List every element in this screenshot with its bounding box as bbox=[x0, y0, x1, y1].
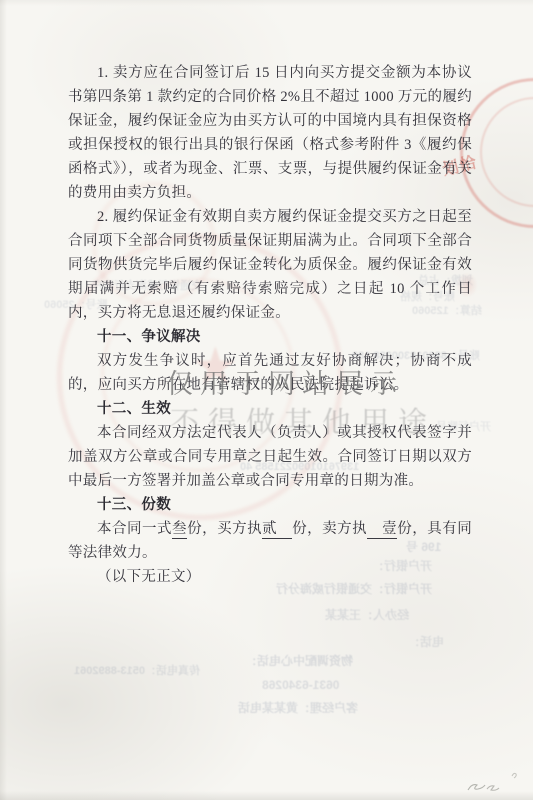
underlined-blank: 叁 bbox=[172, 521, 187, 539]
underlined-blank: 壹 bbox=[367, 521, 397, 539]
section-heading: 十三、份数 bbox=[68, 493, 472, 517]
underlined-blank: 贰 bbox=[262, 521, 292, 539]
contract-paragraph: 双方发生争议时，应首先通过友好协商解决；协商不成的，应向买方所在地有管辖权的人民… bbox=[68, 349, 472, 397]
bleed-through-text: 经办人：王某某 bbox=[325, 606, 409, 623]
bleed-through-text: 电话： bbox=[408, 633, 444, 650]
contract-paragraph: 1. 卖方应在合同签订后 15 日内向买方提交金额为本协议书第四条第 1 款约定… bbox=[68, 61, 472, 205]
contract-paragraph: 本合同经双方法定代表人（负责人）或其授权代表签字并加盖双方公章或合同专用章之日起… bbox=[68, 421, 472, 493]
contract-paragraph: （以下无正文） bbox=[68, 565, 472, 589]
bleed-through-text: 传真电话：0513-8892061 bbox=[74, 662, 200, 678]
contract-body: 1. 卖方应在合同签订后 15 日内向买方提交金额为本协议书第四条第 1 款约定… bbox=[68, 61, 472, 589]
bleed-through-text: 物资调配中心电话： bbox=[245, 652, 353, 669]
text-segment: 份，卖方执 bbox=[292, 521, 367, 537]
text-segment: 份，买方执 bbox=[187, 521, 262, 537]
bleed-through-text: 客户经理：黄某某电话 bbox=[238, 699, 358, 716]
section-heading: 十一、争议解决 bbox=[68, 325, 472, 349]
bleed-through-text: 0631-6340268 bbox=[262, 678, 339, 692]
section-heading: 十二、生效 bbox=[68, 397, 472, 421]
text-segment: 本合同一式 bbox=[97, 521, 172, 537]
scanned-contract-page: ★ 划恰 交通银行威海支行账户账号：25060划拨：占总账号：规格结算：1250… bbox=[0, 0, 533, 800]
pencil-mark bbox=[460, 766, 526, 798]
contract-paragraph: 2. 履约保证金有效期自卖方履约保证金提交买方之日起至合同项下全部合同货物质量保… bbox=[68, 205, 472, 325]
contract-paragraph: 本合同一式叁份，买方执贰 份，卖方执 壹份，具有同等法律效力。 bbox=[68, 517, 472, 565]
red-seal-inner-ring bbox=[480, 97, 533, 207]
